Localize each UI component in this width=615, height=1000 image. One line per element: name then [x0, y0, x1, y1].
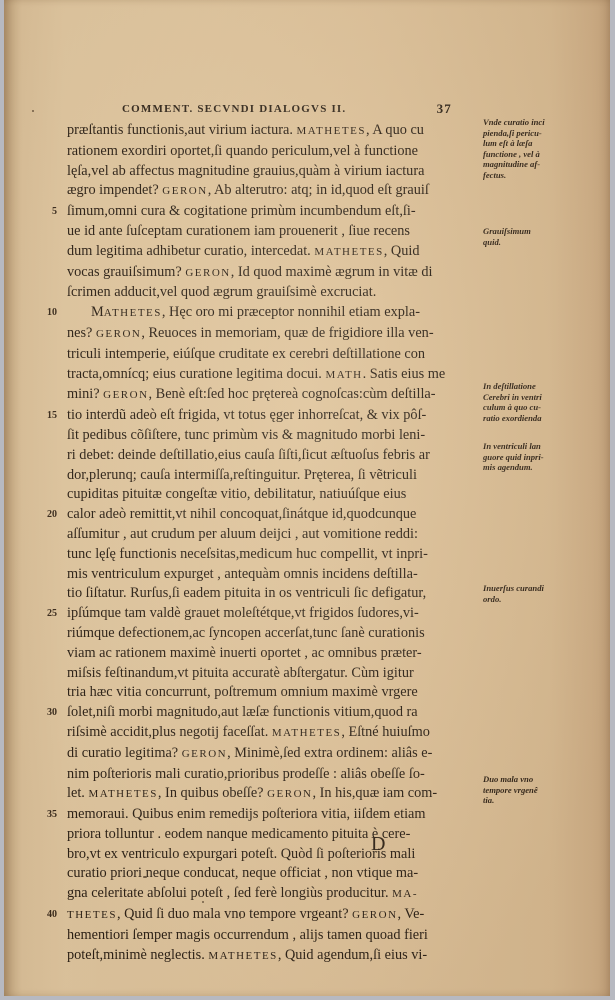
- text-line: bro,vt ex ventriculo expurgari poteſt. Q…: [61, 845, 473, 865]
- text-line: 25ipſúmque tam valdè grauet moleſtétque,…: [61, 604, 473, 624]
- speaker-name: MATHETES: [314, 246, 383, 258]
- speaker-name: GERON: [352, 909, 397, 921]
- line-number: 20: [37, 505, 57, 525]
- text-run: , Benè eſt:ſed hoc prętereà cognoſcas:cù…: [149, 386, 436, 402]
- text-line: 40THETES, Quid ſi duo mala vno tempore v…: [61, 905, 473, 926]
- speaker-name: MATHETES: [272, 727, 341, 739]
- marginal-note-line: tempore vrgenê: [483, 785, 575, 796]
- text-line: 10MATHETES, Hęc oro mi præceptor nonnihi…: [61, 303, 473, 324]
- text-run: , A quo cu: [366, 122, 424, 138]
- marginal-note-line: quid.: [483, 237, 575, 248]
- marginal-note-line: fectus.: [483, 170, 575, 181]
- speaker-name: GERON: [103, 389, 148, 401]
- marginal-note-line: In deſtillatione: [483, 381, 575, 392]
- text-run: let.: [67, 785, 88, 801]
- text-run: tria hæc vitia concurrunt, poſtremum omn…: [67, 684, 418, 700]
- text-run: , Ab alterutro: atq; in id,quod eſt grau…: [208, 182, 429, 198]
- marginal-note-line: culum à quo cu-: [483, 402, 575, 413]
- text-run: dum legitima adhibetur curatio, interced…: [67, 243, 314, 259]
- text-line: 20calor adeò remittit,vt nihil concoquat…: [61, 505, 473, 525]
- text-line: gna celeritate abſolui poteſt , ſed ferè…: [61, 884, 473, 905]
- text-line: priora tolluntur . eodem nanque medicame…: [61, 825, 473, 845]
- text-run: curatio priori neque conducat, neque off…: [67, 865, 418, 881]
- text-line: dor,plerunq; cauſa intermiſſa,reſtinguit…: [61, 466, 473, 486]
- text-line: tio ſiſtatur. Rurſus,ſi eadem pituita in…: [61, 584, 473, 604]
- marginal-note: In ventriculi languore quid inpri-mis ag…: [483, 441, 575, 473]
- line-number: 25: [37, 604, 57, 624]
- marginal-note-line: In ventriculi lan: [483, 441, 575, 452]
- text-run: riúmque defectionem,ac ſyncopen accerſat…: [67, 625, 425, 641]
- text-run: , Id quod maximè ægrum in vitæ di: [231, 264, 433, 280]
- marginal-note-line: Grauiſsimum: [483, 226, 575, 237]
- marginal-note-line: mis agendum.: [483, 462, 575, 473]
- text-line: ægro impendet? GERON, Ab alterutro: atq;…: [61, 181, 473, 202]
- marginal-note-line: lum eſt à læſa: [483, 138, 575, 149]
- text-line: ue id ante ſuſceptam curationem iam prou…: [61, 222, 473, 242]
- text-run: dor,plerunq; cauſa intermiſſa,reſtinguit…: [67, 467, 417, 483]
- text-line: nes? GERON, Reuoces in memoriam, quæ de …: [61, 324, 473, 345]
- marginal-note-line: guore quid inpri-: [483, 452, 575, 463]
- text-line: ſcrimen adducit,vel quod ægrum grauiſsim…: [61, 283, 473, 303]
- marginal-note: Vnde curatio incipienda,ſi pericu-lum eſ…: [483, 117, 575, 181]
- marginal-note-line: magnitudine af-: [483, 159, 575, 170]
- text-run: tio ſiſtatur. Rurſus,ſi eadem pituita in…: [67, 585, 426, 601]
- text-run: , Reuoces in memoriam, quæ de frigidiore…: [141, 325, 433, 341]
- marginal-note: Duo mala vnotempore vrgenêtia.: [483, 774, 575, 806]
- text-run: calor adeò remittit,vt nihil concoquat,ſ…: [67, 506, 416, 522]
- text-run: bro,vt ex ventriculo expurgari poteſt. Q…: [67, 846, 415, 862]
- speaker-name: THETES: [67, 909, 117, 921]
- signature-mark: D: [371, 833, 385, 856]
- speaker-name: GERON: [162, 185, 207, 197]
- text-run: mini?: [67, 386, 103, 402]
- marginal-note: Grauiſsimumquid.: [483, 226, 575, 247]
- text-run: , Quid: [384, 243, 420, 259]
- text-run: miſsis feſtinandum,vt pituita accuratè a…: [67, 665, 414, 681]
- text-run: viam ac rationem maximè inuerti oportet …: [67, 645, 422, 661]
- text-line: hementiori ſemper magis occurrendum , al…: [61, 926, 473, 946]
- paper-speck: [240, 913, 241, 919]
- paper-speck: [143, 876, 147, 878]
- marginal-note: In deſtillationeCerebri in ventriculum à…: [483, 381, 575, 423]
- text-run: tunc lęſę functionis neceſsitas,medicum …: [67, 546, 428, 562]
- text-run: triculi intemperie, eiúſque cruditate ex…: [67, 346, 425, 362]
- speaker-name: MATHETES: [297, 125, 366, 137]
- text-run: præſtantis functionis,aut virium iactura…: [67, 122, 297, 138]
- running-header: COMMENT. SECVNDI DIALOGVS II. 37: [122, 103, 452, 115]
- speaker-name: ATHETES: [104, 307, 162, 319]
- text-run: gna celeritate abſolui poteſt , ſed ferè…: [67, 885, 392, 901]
- text-run: ſimum,omni cura & cogitatione primùm inc…: [67, 203, 416, 219]
- marginal-note-line: ordo.: [483, 594, 575, 605]
- text-run: ri debet: deinde deſtillatio,eius cauſa …: [67, 447, 430, 463]
- text-line: mis ventriculum expurget , antequàm omni…: [61, 565, 473, 585]
- text-line: mini? GERON, Benè eſt:ſed hoc prętereà c…: [61, 385, 473, 406]
- text-run: vocas grauiſsimum?: [67, 264, 185, 280]
- speaker-name: GERON: [185, 267, 230, 279]
- text-line: 30ſolet,niſi morbi magnitudo,aut læſæ fu…: [61, 703, 473, 723]
- text-line: viam ac rationem maximè inuerti oportet …: [61, 644, 473, 664]
- folio-number: 37: [437, 101, 452, 117]
- marginal-note-line: pienda,ſi pericu-: [483, 128, 575, 139]
- text-run: aſſumitur , aut crudum per aluum deijci …: [67, 526, 418, 542]
- text-run: ſcrimen adducit,vel quod ægrum grauiſsim…: [67, 284, 376, 300]
- text-run: , In his,quæ iam com-: [313, 785, 438, 801]
- text-run: . Satis eius me: [363, 366, 446, 382]
- speaker-name: GERON: [182, 748, 227, 760]
- marginal-note-line: Duo mala vno: [483, 774, 575, 785]
- text-run: , In quibus obeſſe?: [158, 785, 267, 801]
- marginal-note: Inuerſus curandiordo.: [483, 583, 575, 604]
- text-run: ſolet,niſi morbi magnitudo,aut læſæ func…: [67, 704, 418, 720]
- text-line: aſſumitur , aut crudum per aluum deijci …: [61, 525, 473, 545]
- line-number: 10: [37, 303, 57, 323]
- text-run: priora tolluntur . eodem nanque medicame…: [67, 826, 410, 842]
- book-page: COMMENT. SECVNDI DIALOGVS II. 37 præſtan…: [4, 0, 610, 996]
- text-run: , Minimè,ſed extra ordinem: aliâs e-: [227, 745, 432, 761]
- body-text: præſtantis functionis,aut virium iactura…: [61, 121, 473, 966]
- paper-speck: [202, 901, 204, 903]
- line-number: 40: [37, 905, 57, 925]
- text-line: di curatio legitima? GERON, Minimè,ſed e…: [61, 744, 473, 765]
- running-title: COMMENT. SECVNDI DIALOGVS II.: [122, 103, 346, 115]
- text-run: , Quid agendum,ſi eius vi-: [278, 947, 427, 963]
- text-run: rationem exordiri oportet,ſi quando peri…: [67, 143, 418, 159]
- text-run: ue id ante ſuſceptam curationem iam prou…: [67, 223, 410, 239]
- text-run: riſsimè accidit,plus negotij faceſſat.: [67, 724, 272, 740]
- text-line: 35memoraui. Quibus enim remedijs poſteri…: [61, 805, 473, 825]
- text-line: tracta,omnícq; eius curatione legitima d…: [61, 365, 473, 386]
- text-line: dum legitima adhibetur curatio, interced…: [61, 242, 473, 263]
- text-line: rationem exordiri oportet,ſi quando peri…: [61, 142, 473, 162]
- text-run: , Ve-: [398, 906, 425, 922]
- text-line: nim poſterioris mali curatio,prioribus p…: [61, 765, 473, 785]
- speaker-name: MA-: [392, 888, 418, 900]
- text-run: , Eſtné huiuſmo: [341, 724, 430, 740]
- text-line: tunc lęſę functionis neceſsitas,medicum …: [61, 545, 473, 565]
- line-number: 30: [37, 703, 57, 723]
- text-line: ri debet: deinde deſtillatio,eius cauſa …: [61, 446, 473, 466]
- marginal-note-line: Inuerſus curandi: [483, 583, 575, 594]
- text-run: tracta,omnícq; eius curatione legitima d…: [67, 366, 325, 382]
- text-run: cupiditas pituitæ congeſtæ vitio, debili…: [67, 486, 406, 502]
- text-line: triculi intemperie, eiúſque cruditate ex…: [61, 345, 473, 365]
- text-line: ſit pedibus cõſiſtere, tunc primùm vis &…: [61, 426, 473, 446]
- marginal-note-line: Vnde curatio inci: [483, 117, 575, 128]
- text-run: , Hęc oro mi præceptor nonnihil etiam ex…: [162, 304, 420, 320]
- text-line: 15tio interdũ adeò eſt frigida, vt totus…: [61, 406, 473, 426]
- text-line: let. MATHETES, In quibus obeſſe? GERON, …: [61, 784, 473, 805]
- text-run: ægro impendet?: [67, 182, 162, 198]
- text-run: ipſúmque tam valdè grauet moleſtétque,vt…: [67, 605, 419, 621]
- text-run: nim poſterioris mali curatio,prioribus p…: [67, 766, 425, 782]
- marginal-note-line: tia.: [483, 795, 575, 806]
- text-run: lęſa,vel ab affectus magnitudine grauius…: [67, 163, 424, 179]
- text-run: memoraui. Quibus enim remedijs poſterior…: [67, 806, 426, 822]
- speaker-name: GERON: [96, 328, 141, 340]
- speaker-name: MATHETES: [88, 788, 157, 800]
- text-line: cupiditas pituitæ congeſtæ vitio, debili…: [61, 485, 473, 505]
- speaker-name: MATHETES: [208, 950, 277, 962]
- paper-speck: [32, 110, 34, 112]
- text-run: , Quid ſi duo mala vno tempore vrgeant?: [117, 906, 352, 922]
- line-number: 35: [37, 805, 57, 825]
- text-run: mis ventriculum expurget , antequàm omni…: [67, 566, 418, 582]
- speaker-name: MATH: [325, 369, 362, 381]
- text-line: riſsimè accidit,plus negotij faceſſat. M…: [61, 723, 473, 744]
- marginal-note-line: Cerebri in ventri: [483, 392, 575, 403]
- text-run: ſit pedibus cõſiſtere, tunc primùm vis &…: [67, 427, 425, 443]
- text-run: nes?: [67, 325, 96, 341]
- line-number: 15: [37, 406, 57, 426]
- marginal-note-line: ratio exordienda: [483, 413, 575, 424]
- text-run: tio interdũ adeò eſt frigida, vt totus ę…: [67, 407, 426, 423]
- text-line: poteſt,minimè neglectis. MATHETES, Quid …: [61, 946, 473, 967]
- line-number: 5: [37, 202, 57, 222]
- text-line: tria hæc vitia concurrunt, poſtremum omn…: [61, 683, 473, 703]
- text-line: 5ſimum,omni cura & cogitatione primùm in…: [61, 202, 473, 222]
- text-line: curatio priori neque conducat, neque off…: [61, 864, 473, 884]
- marginal-note-line: functione , vel à: [483, 149, 575, 160]
- text-run: M: [91, 304, 104, 320]
- text-run: di curatio legitima?: [67, 745, 182, 761]
- text-line: riúmque defectionem,ac ſyncopen accerſat…: [61, 624, 473, 644]
- text-run: hementiori ſemper magis occurrendum , al…: [67, 927, 428, 943]
- text-line: præſtantis functionis,aut virium iactura…: [61, 121, 473, 142]
- text-line: vocas grauiſsimum? GERON, Id quod maximè…: [61, 263, 473, 284]
- text-line: miſsis feſtinandum,vt pituita accuratè a…: [61, 664, 473, 684]
- text-line: lęſa,vel ab affectus magnitudine grauius…: [61, 162, 473, 182]
- text-run: poteſt,minimè neglectis.: [67, 947, 208, 963]
- speaker-name: GERON: [267, 788, 312, 800]
